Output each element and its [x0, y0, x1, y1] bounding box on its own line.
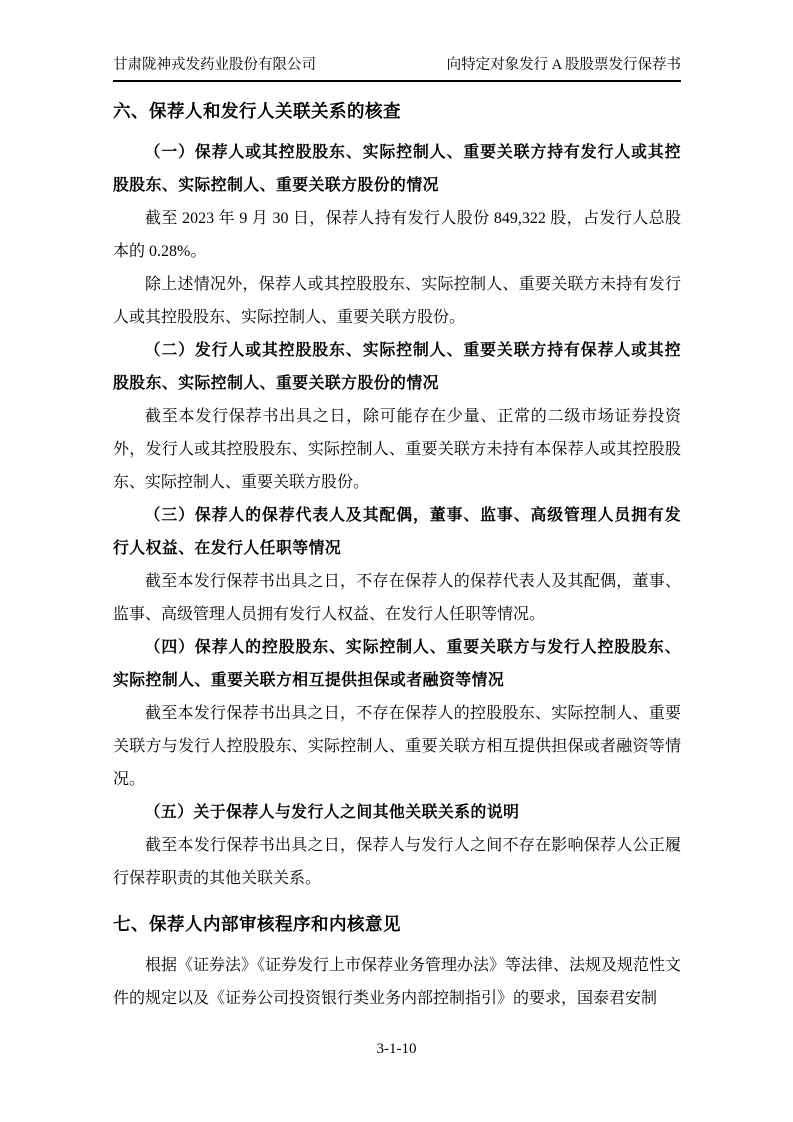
page-number: 3-1-10	[377, 1041, 417, 1057]
section-heading-six: 六、保荐人和发行人关联关系的核查	[113, 98, 681, 124]
document-content: 六、保荐人和发行人关联关系的核查 （一）保荐人或其控股股东、实际控制人、重要关联…	[113, 98, 681, 1015]
paragraph-internal-review: 根据《证券法》《证券发行上市保荐业务管理办法》等法律、法规及规范性文件的规定以及…	[113, 949, 681, 1015]
section-heading-seven: 七、保荐人内部审核程序和内核意见	[113, 911, 681, 937]
subsection-heading-3: （三）保荐人的保荐代表人及其配偶，董事、监事、高级管理人员拥有发行人权益、在发行…	[113, 499, 681, 565]
subsection-heading-1: （一）保荐人或其控股股东、实际控制人、重要关联方持有发行人或其控股股东、实际控制…	[113, 136, 681, 202]
document-page: 甘肃陇神戎发药业股份有限公司 向特定对象发行 A 股股票发行保荐书 六、保荐人和…	[0, 0, 793, 1122]
paragraph-issuer-holding: 截至本发行保荐书出具之日，除可能存在少量、正常的二级市场证券投资外，发行人或其控…	[113, 400, 681, 499]
subsection-heading-2: （二）发行人或其控股股东、实际控制人、重要关联方持有保荐人或其控股股东、实际控制…	[113, 334, 681, 400]
paragraph-shareholding-1: 截至 2023 年 9 月 30 日，保荐人持有发行人股份 849,322 股，…	[113, 202, 681, 268]
page-footer: 3-1-10	[0, 1040, 793, 1058]
paragraph-shareholding-2: 除上述情况外，保荐人或其控股股东、实际控制人、重要关联方未持有发行人或其控股股东…	[113, 268, 681, 334]
subsection-heading-5: （五）关于保荐人与发行人之间其他关联关系的说明	[113, 796, 681, 829]
header-company-name: 甘肃陇神戎发药业股份有限公司	[113, 56, 316, 74]
subsection-heading-4: （四）保荐人的控股股东、实际控制人、重要关联方与发行人控股股东、实际控制人、重要…	[113, 631, 681, 697]
page-header: 甘肃陇神戎发药业股份有限公司 向特定对象发行 A 股股票发行保荐书	[113, 0, 681, 82]
paragraph-other-relations: 截至本发行保荐书出具之日，保荐人与发行人之间不存在影响保荐人公正履行保荐职责的其…	[113, 829, 681, 895]
paragraph-guarantees: 截至本发行保荐书出具之日，不存在保荐人的控股股东、实际控制人、重要关联方与发行人…	[113, 697, 681, 796]
header-document-title: 向特定对象发行 A 股股票发行保荐书	[447, 56, 681, 74]
paragraph-representatives: 截至本发行保荐书出具之日，不存在保荐人的保荐代表人及其配偶，董事、监事、高级管理…	[113, 565, 681, 631]
